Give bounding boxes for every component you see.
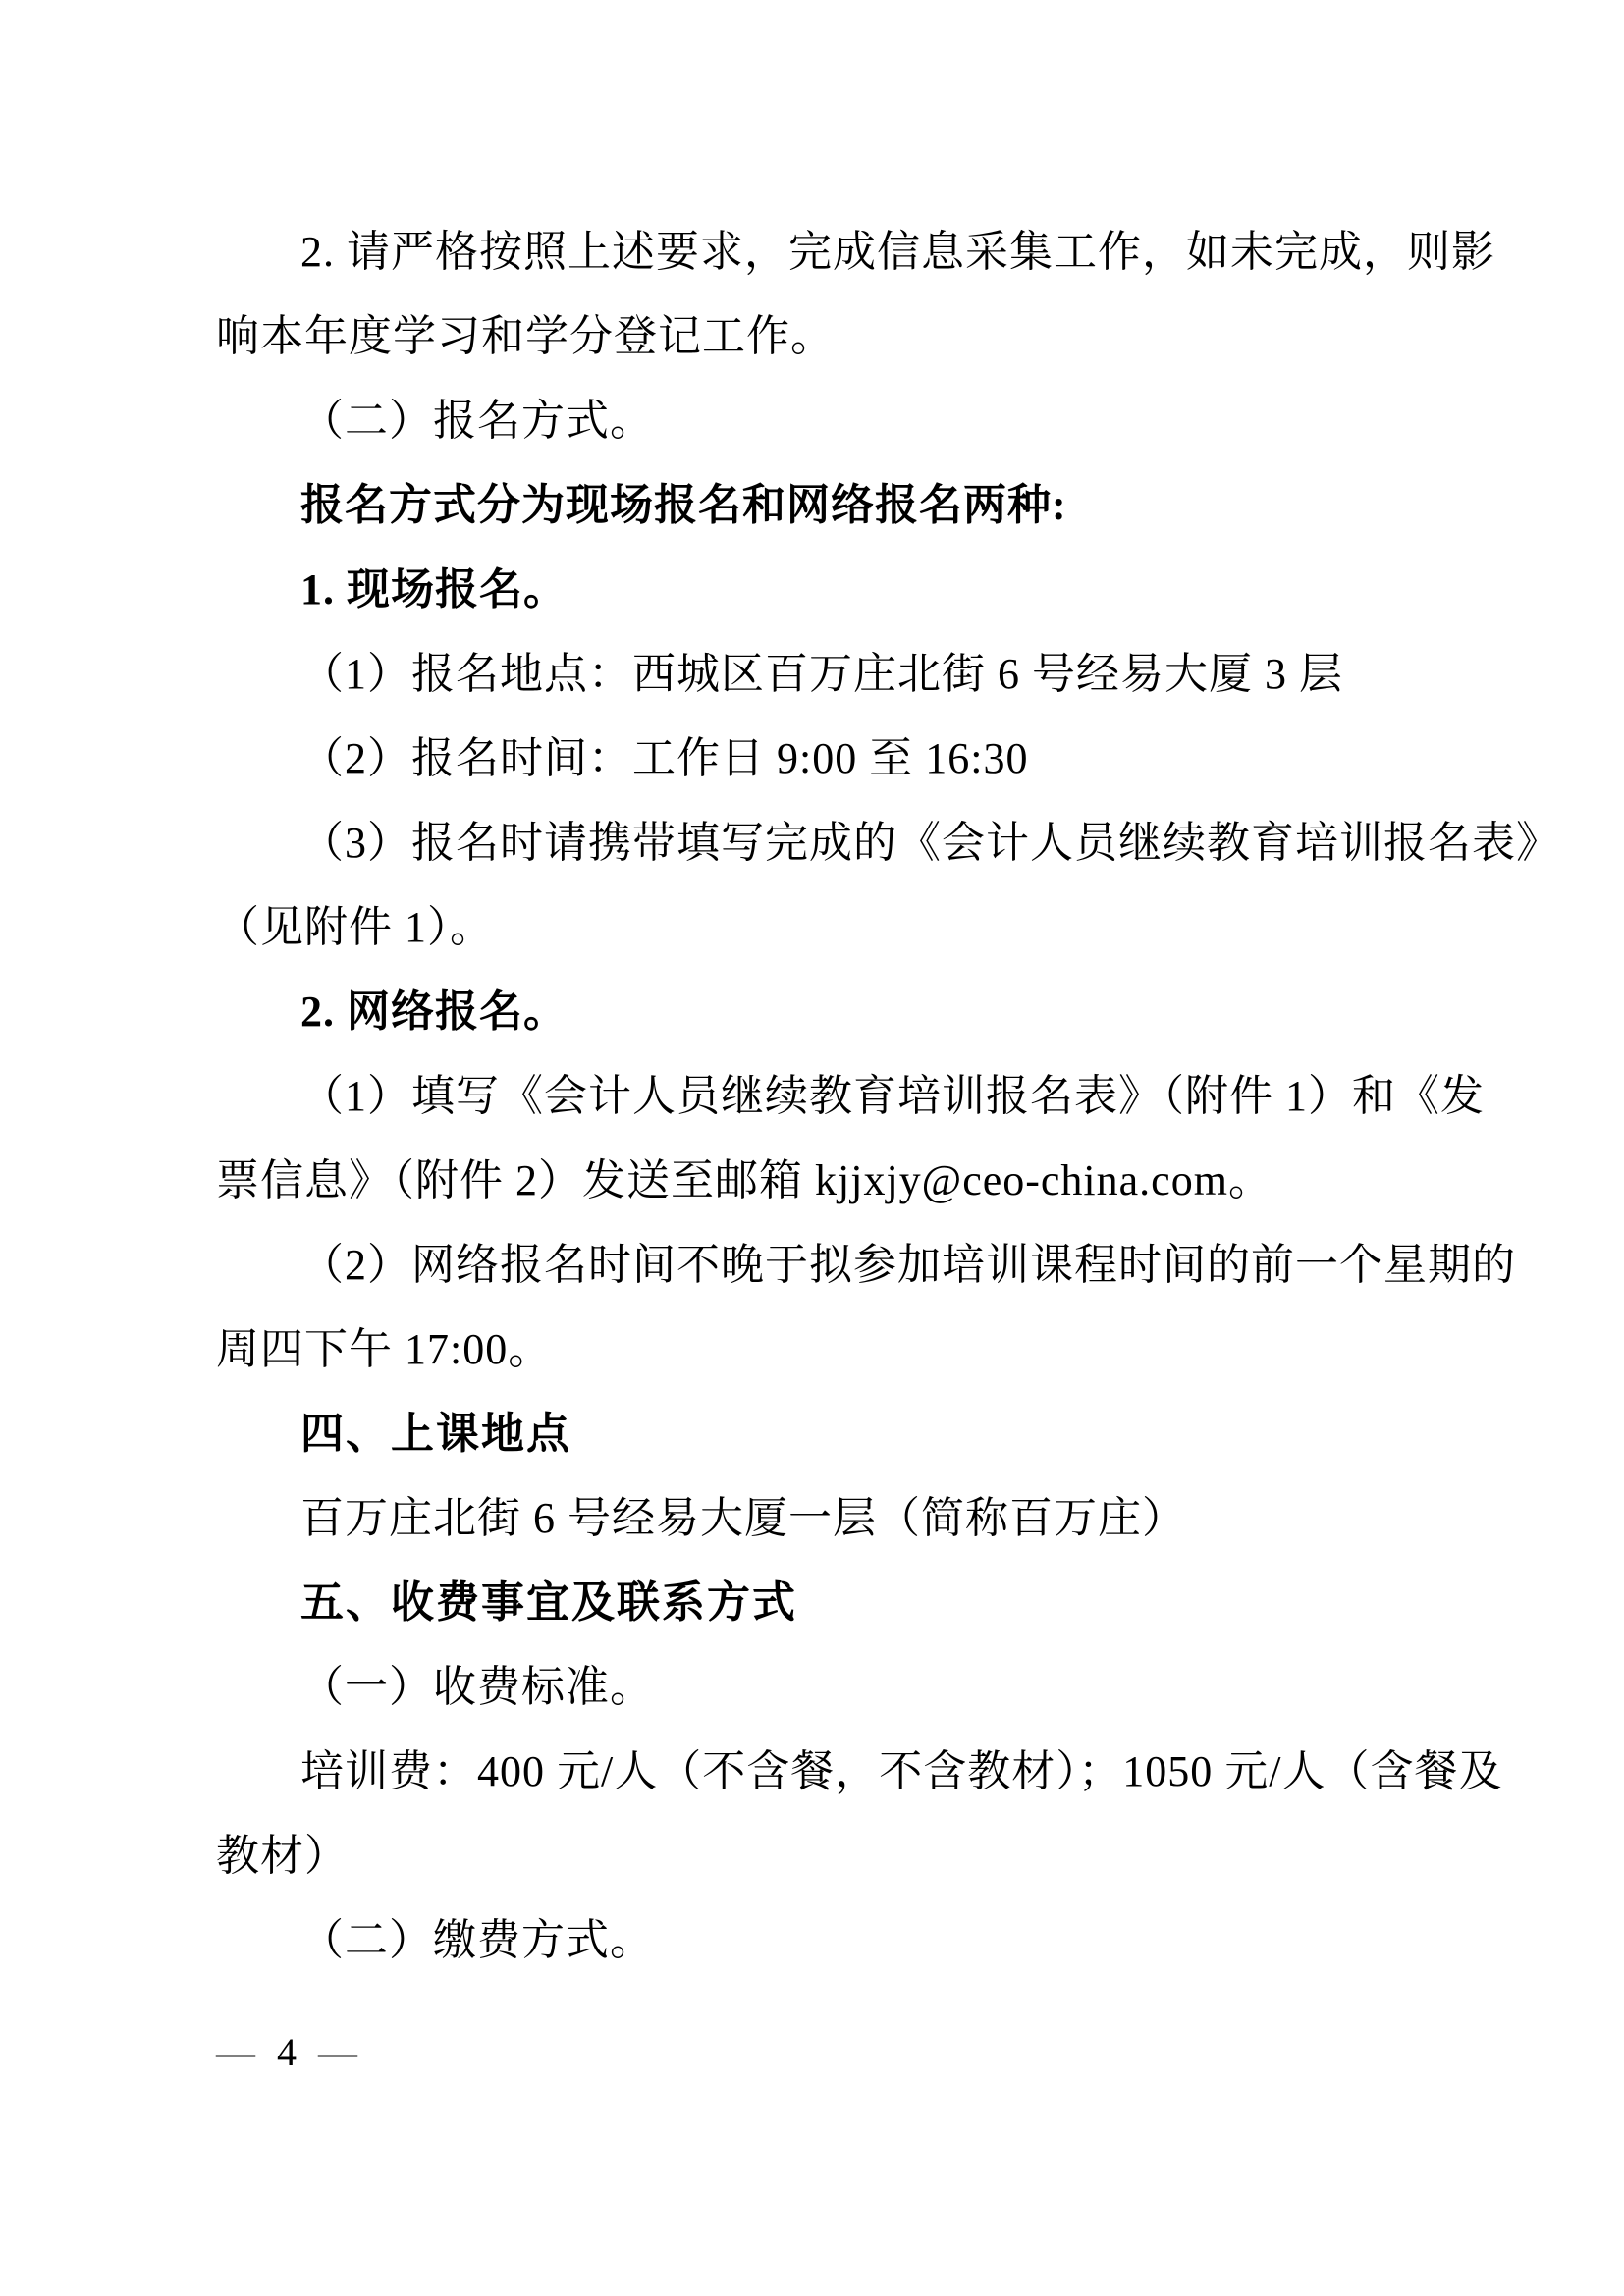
body-line-registration-time: （2）报名时间：工作日 9:00 至 16:30 (216, 717, 1414, 801)
bold-line-registration-types: 报名方式分为现场报名和网络报名两种: (216, 463, 1414, 548)
body-line-deadline-time: 周四下午 17:00。 (216, 1308, 1414, 1392)
body-line-online-deadline: （2）网络报名时间不晚于拟参加培训课程时间的前一个星期的 (216, 1223, 1414, 1308)
heading-fees-and-contact: 五、收费事宜及联系方式 (216, 1561, 1414, 1645)
bold-line-onsite-registration: 1. 现场报名。 (216, 548, 1414, 632)
body-line-info-collection-continuation: 响本年度学习和学分登记工作。 (216, 294, 1414, 379)
body-line-email-address: 票信息》（附件 2）发送至邮箱 kjjxjy@ceo-china.com。 (216, 1139, 1414, 1223)
subheading-fee-standard: （一）收费标准。 (216, 1645, 1414, 1730)
heading-class-location: 四、上课地点 (216, 1392, 1414, 1476)
bold-line-online-registration: 2. 网络报名。 (216, 970, 1414, 1054)
subheading-payment-method: （二）缴费方式。 (216, 1898, 1414, 1983)
document-page: 2. 请严格按照上述要求，完成信息采集工作，如未完成，则影 响本年度学习和学分登… (0, 0, 1624, 2296)
body-line-registration-form-required: （3）报名时请携带填写完成的《会计人员继续教育培训报名表》 (216, 801, 1414, 885)
body-line-class-address: 百万庄北街 6 号经易大厦一层（简称百万庄） (216, 1476, 1414, 1561)
document-body: 2. 请严格按照上述要求，完成信息采集工作，如未完成，则影 响本年度学习和学分登… (216, 210, 1414, 1983)
body-line-see-attachment-1: （见附件 1）。 (216, 885, 1414, 970)
body-line-registration-location: （1）报名地点：西城区百万庄北街 6 号经易大厦 3 层 (216, 632, 1414, 717)
body-line-training-fee: 培训费：400 元/人（不含餐，不含教材）；1050 元/人（含餐及 (216, 1730, 1414, 1814)
subheading-registration-method: （二）报名方式。 (216, 379, 1414, 463)
body-line-online-form-fill: （1）填写《会计人员继续教育培训报名表》（附件 1）和《发 (216, 1054, 1414, 1139)
page-number: — 4 — (216, 2030, 363, 2074)
body-line-info-collection-requirement: 2. 请严格按照上述要求，完成信息采集工作，如未完成，则影 (216, 210, 1414, 294)
body-line-training-fee-continuation: 教材） (216, 1814, 1414, 1898)
page-footer: — 4 — (216, 2010, 363, 2095)
